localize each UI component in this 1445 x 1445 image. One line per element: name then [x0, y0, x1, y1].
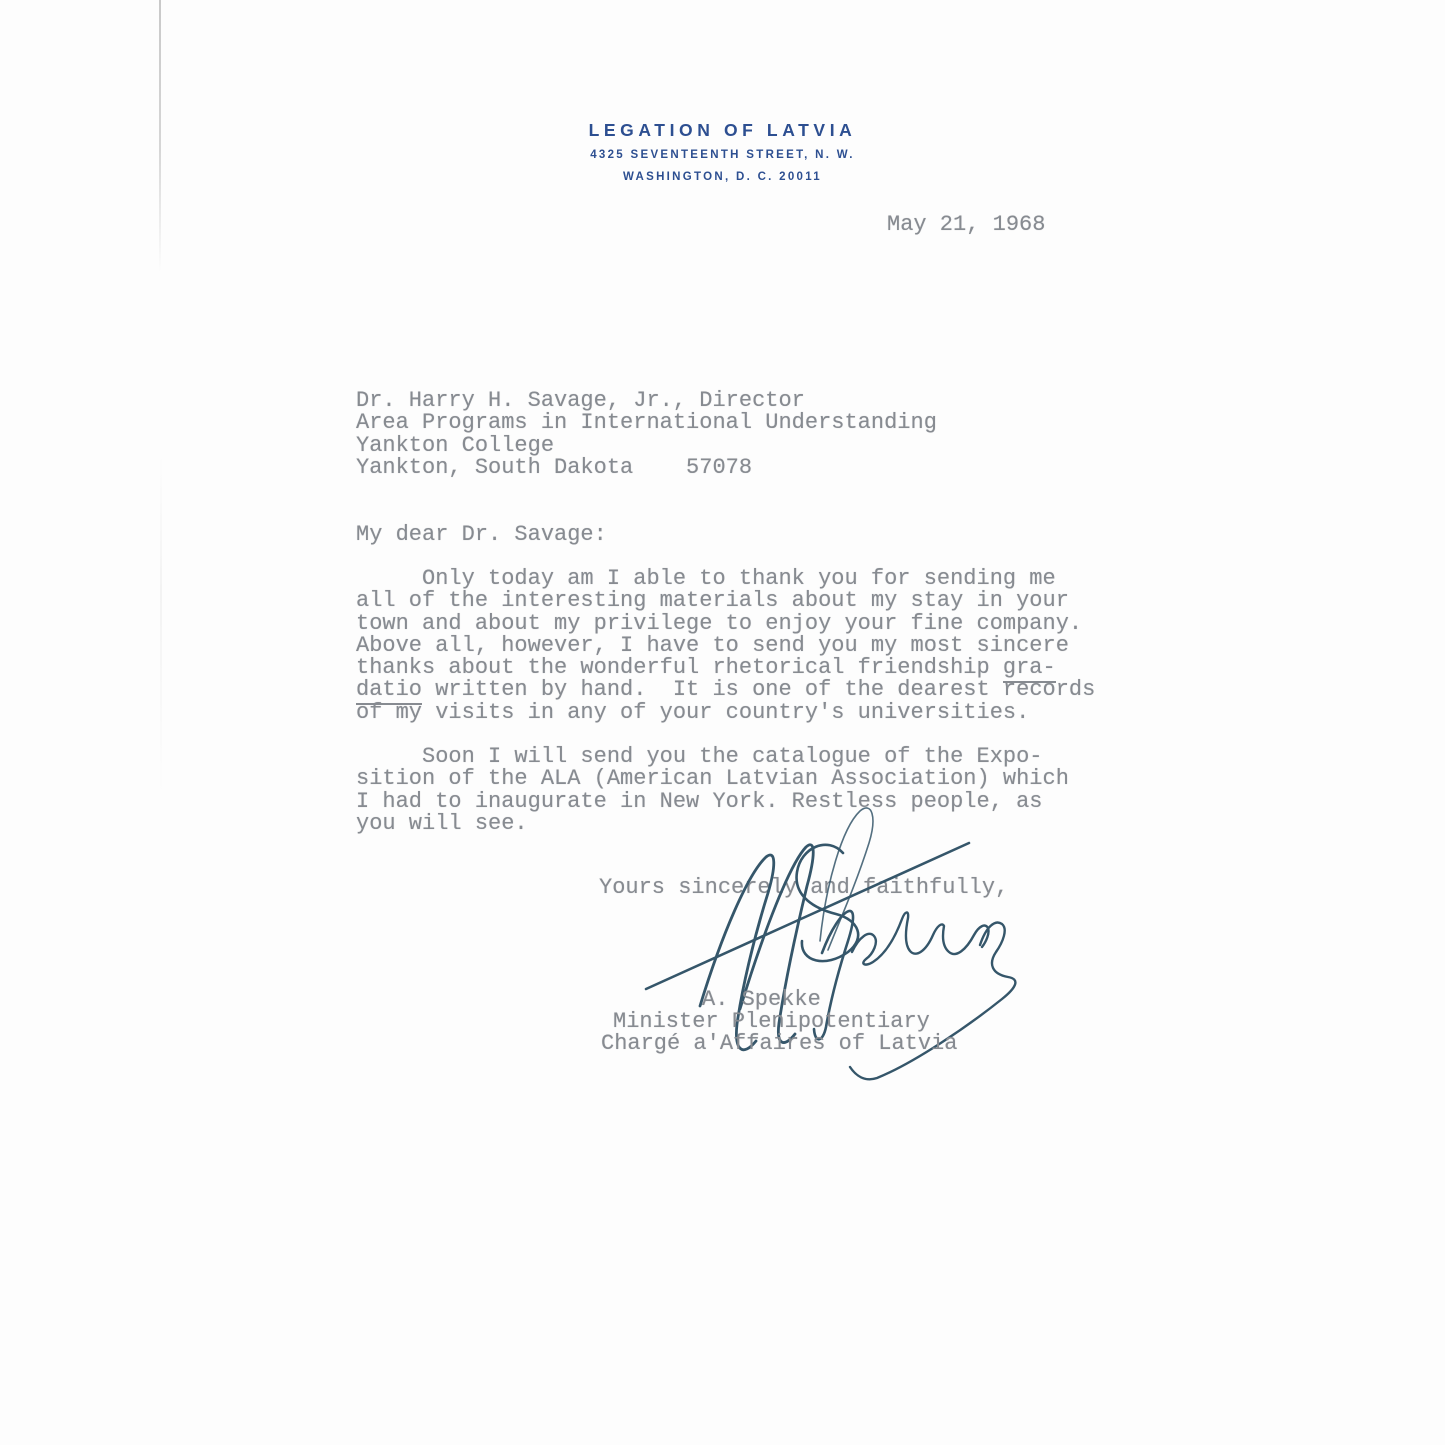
letterhead-street: 4325 SEVENTEENTH STREET, N. W. [0, 149, 1445, 161]
address-line: Dr. Harry H. Savage, Jr., Director [356, 390, 937, 412]
address-line: Area Programs in International Understan… [356, 412, 937, 434]
signer-typed-name: A. Spekke [702, 989, 821, 1011]
typed-line: of my visits in any of your country's un… [356, 702, 1095, 724]
typed-line: datio written by hand. It is one of the … [356, 679, 1095, 701]
body-paragraph-1: Only today am I able to thank you for se… [356, 568, 1095, 724]
date-line: May 21, 1968 [887, 214, 1045, 236]
typed-line: you will see. [356, 813, 1069, 835]
address-line: Yankton, South Dakota 57078 [356, 457, 937, 479]
body-paragraph-2: Soon I will send you the catalogue of th… [356, 746, 1069, 835]
typed-line: sition of the ALA (American Latvian Asso… [356, 768, 1069, 790]
typed-line: Soon I will send you the catalogue of th… [356, 746, 1069, 768]
page-edge-shadow-faint [160, 455, 162, 795]
salutation-line: My dear Dr. Savage: [356, 524, 607, 546]
signature-stroke-ekke [852, 912, 989, 964]
signer-role: Chargé a'Affaires of Latvia [601, 1033, 957, 1055]
typed-line: all of the interesting materials about m… [356, 590, 1095, 612]
letterhead-organization: LEGATION OF LATVIA [0, 121, 1445, 139]
address-line: Yankton College [356, 435, 937, 457]
closing-line: Yours sincerely and faithfully, [599, 877, 1008, 899]
signature-stroke-s [797, 845, 859, 961]
typed-line: thanks about the wonderful rhetorical fr… [356, 657, 1095, 679]
signer-title: Minister Plenipotentiary [613, 1011, 930, 1033]
signature-stroke-diagonal [646, 843, 969, 989]
letterhead-city: WASHINGTON, D. C. 20011 [0, 171, 1445, 183]
recipient-address-block: Dr. Harry H. Savage, Jr., DirectorArea P… [356, 390, 937, 479]
typed-line: Only today am I able to thank you for se… [356, 568, 1095, 590]
typed-line: Above all, however, I have to send you m… [356, 635, 1095, 657]
typed-line: town and about my privilege to enjoy you… [356, 613, 1095, 635]
typed-line: I had to inaugurate in New York. Restles… [356, 791, 1069, 813]
scanned-letter-page: LEGATION OF LATVIA 4325 SEVENTEENTH STRE… [0, 0, 1445, 1445]
letterhead: LEGATION OF LATVIA 4325 SEVENTEENTH STRE… [0, 121, 1445, 183]
